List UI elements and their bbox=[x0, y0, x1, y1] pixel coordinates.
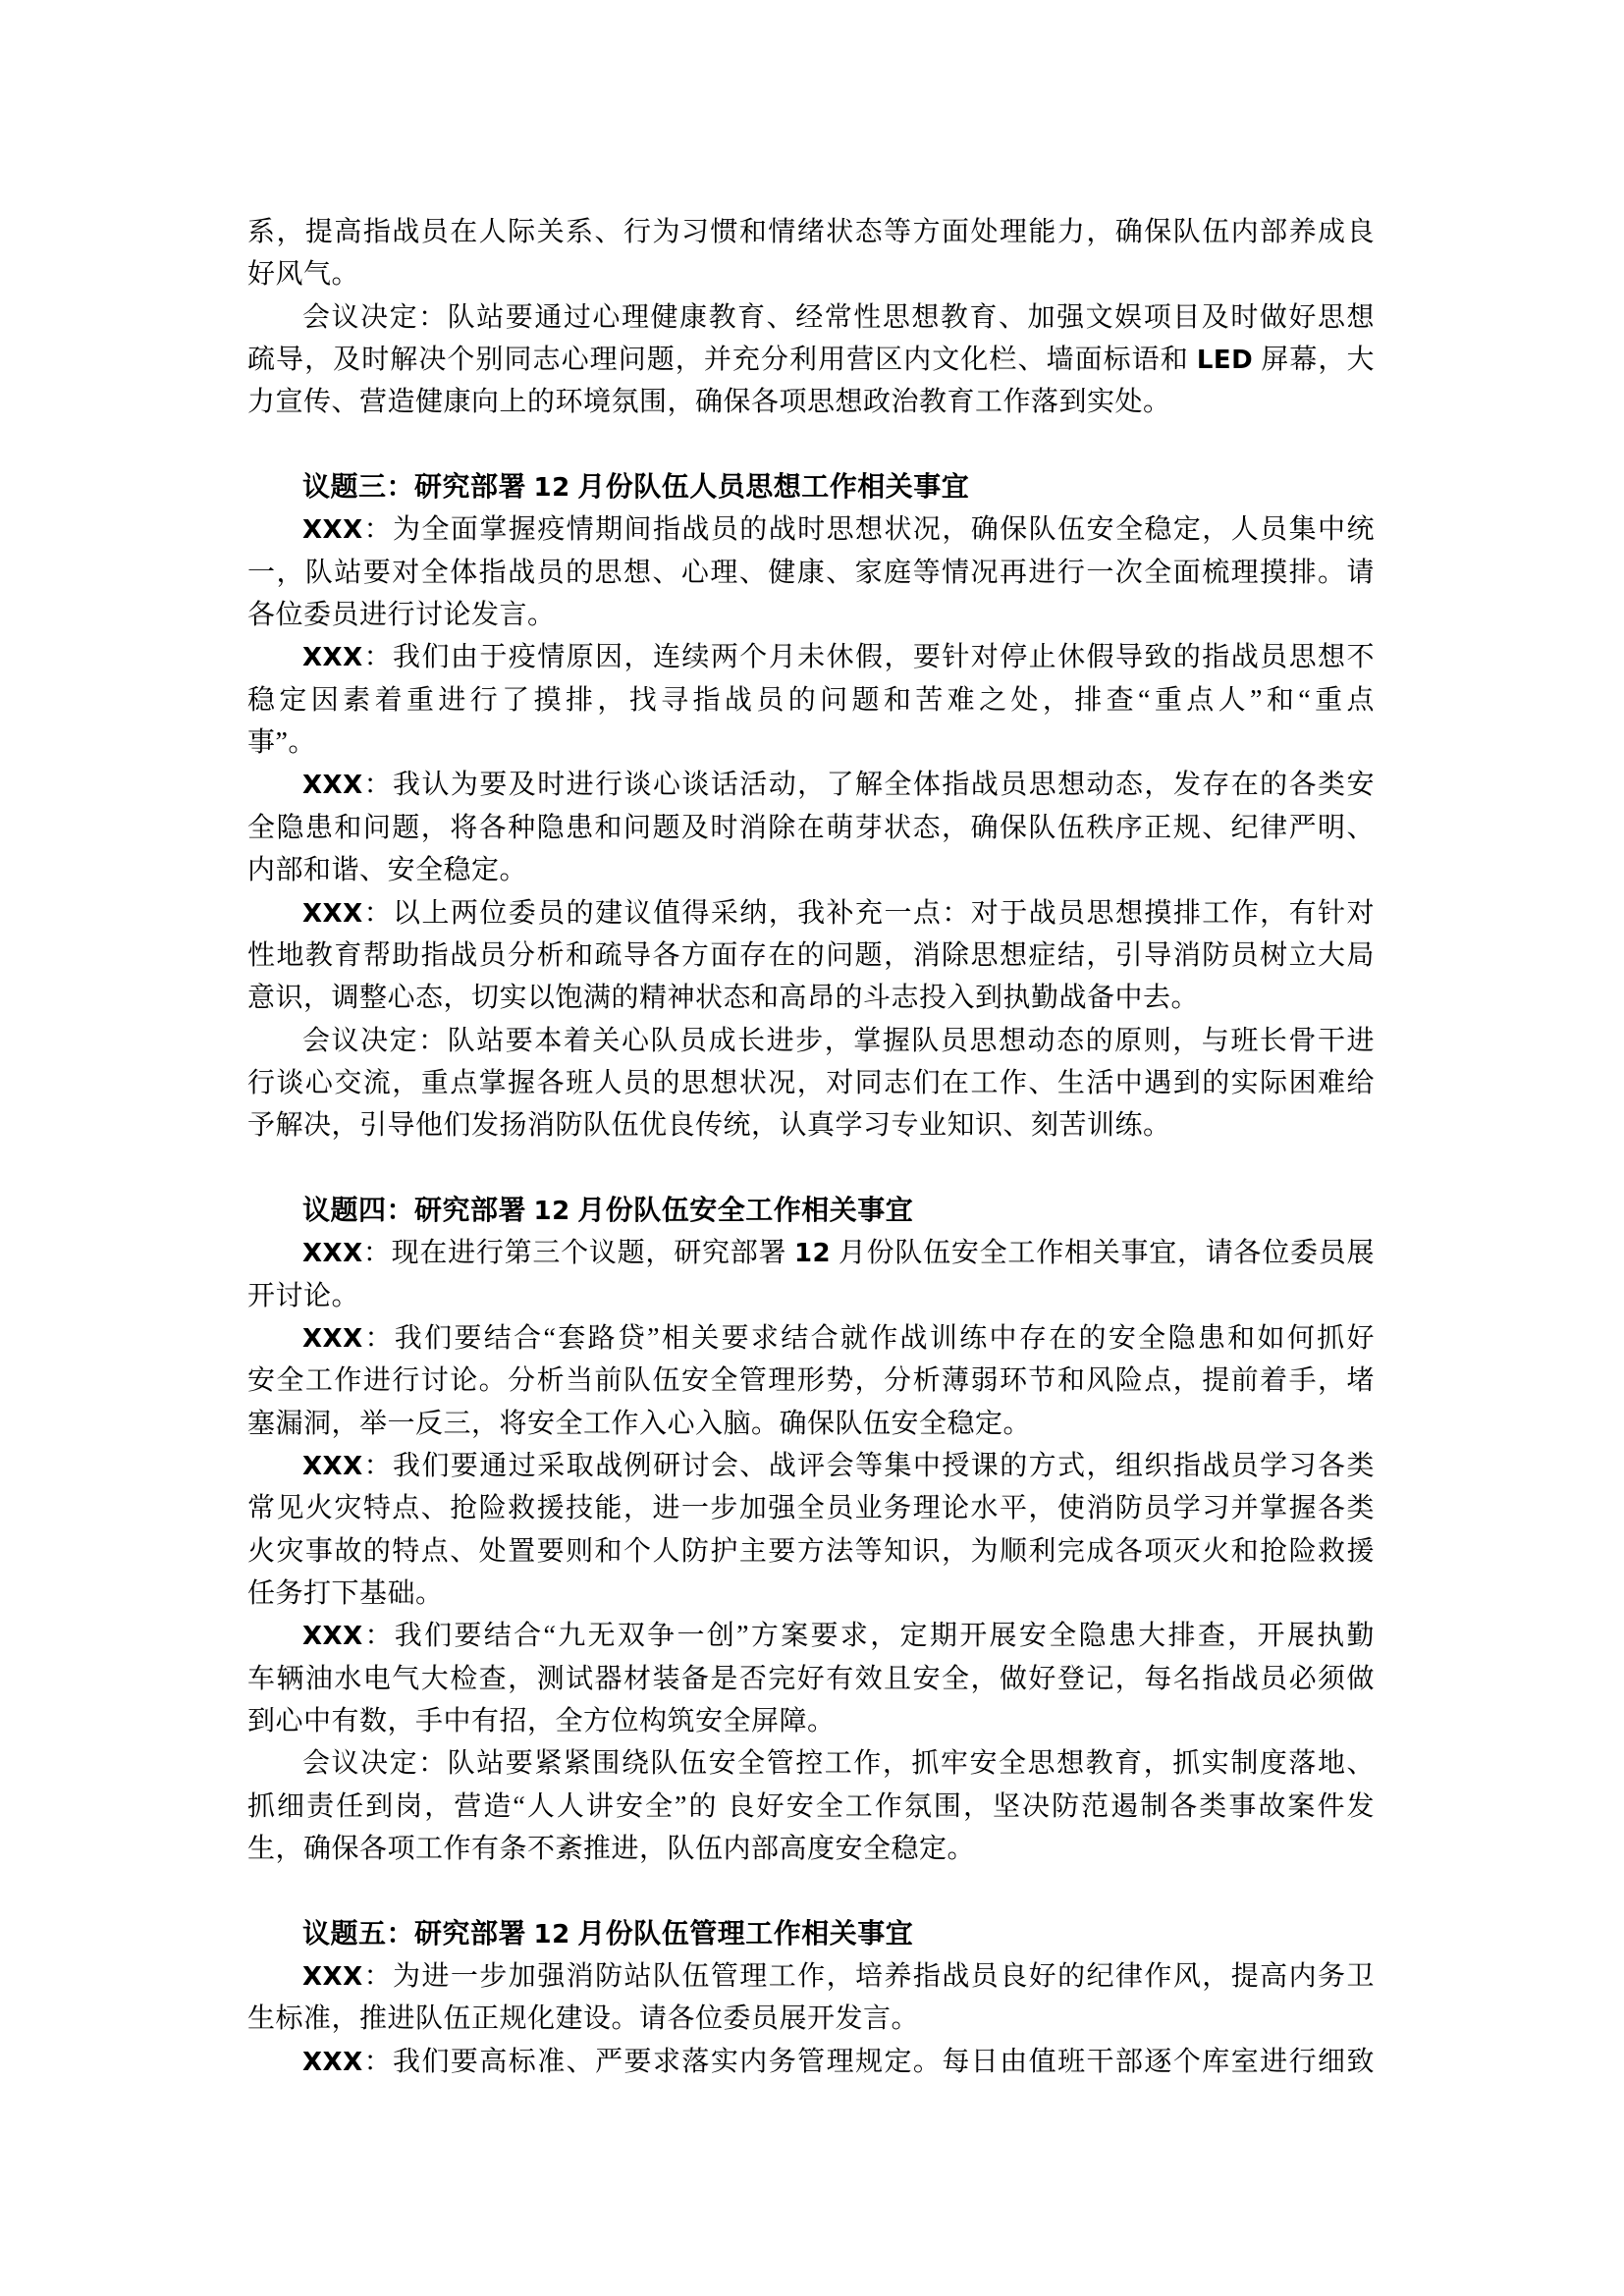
blank-line bbox=[247, 1148, 1375, 1190]
latin-run: XXX bbox=[302, 899, 363, 929]
text-line: 内部和谐、安全稳定。 bbox=[247, 849, 1375, 891]
text-line: 任务打下基础。 bbox=[247, 1573, 1375, 1615]
text-line: 一，队站要对全体指战员的思想、心理、健康、家庭等情况再进行一次全面梳理摸排。请 bbox=[247, 552, 1375, 594]
latin-run: 12 bbox=[534, 1920, 570, 1949]
document-page: 系，提高指战员在人际关系、行为习惯和情绪状态等方面处理能力，确保队伍内部养成良好… bbox=[0, 0, 1624, 2296]
text-line: XXX：我们要结合“九无双争一创”方案要求，定期开展安全隐患大排查，开展执勤 bbox=[247, 1615, 1375, 1657]
text-line: 会议决定：队站要紧紧围绕队伍安全管控工作，抓牢安全思想教育，抓实制度落地、 bbox=[247, 1742, 1375, 1785]
latin-run: 12 bbox=[534, 1197, 570, 1226]
text-line: 意识，调整心态，切实以饱满的精神状态和高昂的斗志投入到执勤战备中去。 bbox=[247, 977, 1375, 1019]
text-line: 抓细责任到岗，营造“人人讲安全”的 良好安全工作氛围，坚决防范遏制各类事故案件发 bbox=[247, 1786, 1375, 1828]
latin-run: XXX bbox=[302, 1239, 363, 1268]
section-heading: 议题五：研究部署 12 月份队伍管理工作相关事宜 bbox=[247, 1913, 1375, 1955]
text-line: 车辆油水电气大检查，测试器材装备是否完好有效且安全，做好登记，每名指战员必须做 bbox=[247, 1658, 1375, 1700]
blank-line bbox=[247, 1870, 1375, 1912]
text-line: XXX：我们由于疫情原因，连续两个月未休假，要针对停止休假导致的指战员思想不 bbox=[247, 636, 1375, 678]
text-line: 火灾事故的特点、处置要则和个人防护主要方法等知识，为顺利完成各项灭火和抢险救援 bbox=[247, 1530, 1375, 1573]
text-line: 力宣传、营造健康向上的环境氛围，确保各项思想政治教育工作落到实处。 bbox=[247, 381, 1375, 423]
text-line: XXX：现在进行第三个议题，研究部署 12 月份队伍安全工作相关事宜，请各位委员… bbox=[247, 1232, 1375, 1274]
text-line: 常见火灾特点、抢险救援技能，进一步加强全员业务理论水平，使消防员学习并掌握各类 bbox=[247, 1487, 1375, 1529]
latin-run: XXX bbox=[302, 515, 363, 545]
text-line: 开讨论。 bbox=[247, 1275, 1375, 1317]
latin-run: XXX bbox=[302, 1452, 363, 1481]
text-line: 安全工作进行讨论。分析当前队伍安全管理形势，分析薄弱环节和风险点，提前着手，堵 bbox=[247, 1360, 1375, 1402]
text-line: 系，提高指战员在人际关系、行为习惯和情绪状态等方面处理能力，确保队伍内部养成良 bbox=[247, 211, 1375, 253]
text-line: 生，确保各项工作有条不紊推进，队伍内部高度安全稳定。 bbox=[247, 1828, 1375, 1870]
text-line: 稳定因素着重进行了摸排，找寻指战员的问题和苦难之处，排查“重点人”和“重点 bbox=[247, 679, 1375, 721]
text-line: 到心中有数，手中有招，全方位构筑安全屏障。 bbox=[247, 1700, 1375, 1742]
text-line: 会议决定：队站要通过心理健康教育、经常性思想教育、加强文娱项目及时做好思想 bbox=[247, 296, 1375, 339]
text-line: 疏导，及时解决个别同志心理问题，并充分利用营区内文化栏、墙面标语和 LED 屏幕… bbox=[247, 339, 1375, 381]
text-line: XXX：为进一步加强消防站队伍管理工作，培养指战员良好的纪律作风，提高内务卫 bbox=[247, 1955, 1375, 1998]
text-line: 会议决定：队站要本着关心队员成长进步，掌握队员思想动态的原则，与班长骨干进 bbox=[247, 1020, 1375, 1062]
text-line: 各位委员进行讨论发言。 bbox=[247, 594, 1375, 636]
latin-run: XXX bbox=[302, 771, 363, 800]
text-line: XXX：我认为要及时进行谈心谈话活动，了解全体指战员思想动态，发存在的各类安 bbox=[247, 764, 1375, 806]
section-heading: 议题三：研究部署 12 月份队伍人员思想工作相关事宜 bbox=[247, 466, 1375, 508]
latin-run: XXX bbox=[302, 1962, 363, 1992]
text-line: 性地教育帮助指战员分析和疏导各方面存在的问题，消除思想症结，引导消防员树立大局 bbox=[247, 934, 1375, 977]
latin-run: XXX bbox=[302, 643, 363, 672]
text-line: 塞漏洞，举一反三，将安全工作入心入脑。确保队伍安全稳定。 bbox=[247, 1403, 1375, 1445]
text-line: XXX：以上两位委员的建议值得采纳，我补充一点：对于战员思想摸排工作，有针对 bbox=[247, 892, 1375, 934]
text-line: XXX：我们要高标准、严要求落实内务管理规定。每日由值班干部逐个库室进行细致 bbox=[247, 2041, 1375, 2083]
text-line: XXX：我们要结合“套路贷”相关要求结合就作战训练中存在的安全隐患和如何抓好 bbox=[247, 1317, 1375, 1360]
latin-run: 12 bbox=[794, 1239, 831, 1268]
latin-run: 12 bbox=[534, 473, 570, 503]
text-line: 行谈心交流，重点掌握各班人员的思想状况，对同志们在工作、生活中遇到的实际困难给 bbox=[247, 1062, 1375, 1104]
latin-run: XXX bbox=[302, 2048, 363, 2077]
text-line: 好风气。 bbox=[247, 253, 1375, 295]
text-line: 生标准，推进队伍正规化建设。请各位委员展开发言。 bbox=[247, 1998, 1375, 2040]
text-line: 事”。 bbox=[247, 721, 1375, 764]
latin-run: LED bbox=[1197, 346, 1253, 375]
text-line: 予解决，引导他们发扬消防队伍优良传统，认真学习专业知识、刻苦训练。 bbox=[247, 1104, 1375, 1147]
text-line: XXX：为全面掌握疫情期间指战员的战时思想状况，确保队伍安全稳定，人员集中统 bbox=[247, 508, 1375, 551]
document-body: 系，提高指战员在人际关系、行为习惯和情绪状态等方面处理能力，确保队伍内部养成良好… bbox=[247, 211, 1375, 2083]
blank-line bbox=[247, 424, 1375, 466]
text-line: 全隐患和问题，将各种隐患和问题及时消除在萌芽状态，确保队伍秩序正规、纪律严明、 bbox=[247, 807, 1375, 849]
text-line: XXX：我们要通过采取战例研讨会、战评会等集中授课的方式，组织指战员学习各类 bbox=[247, 1445, 1375, 1487]
section-heading: 议题四：研究部署 12 月份队伍安全工作相关事宜 bbox=[247, 1190, 1375, 1232]
latin-run: XXX bbox=[302, 1324, 363, 1354]
latin-run: XXX bbox=[302, 1622, 363, 1651]
